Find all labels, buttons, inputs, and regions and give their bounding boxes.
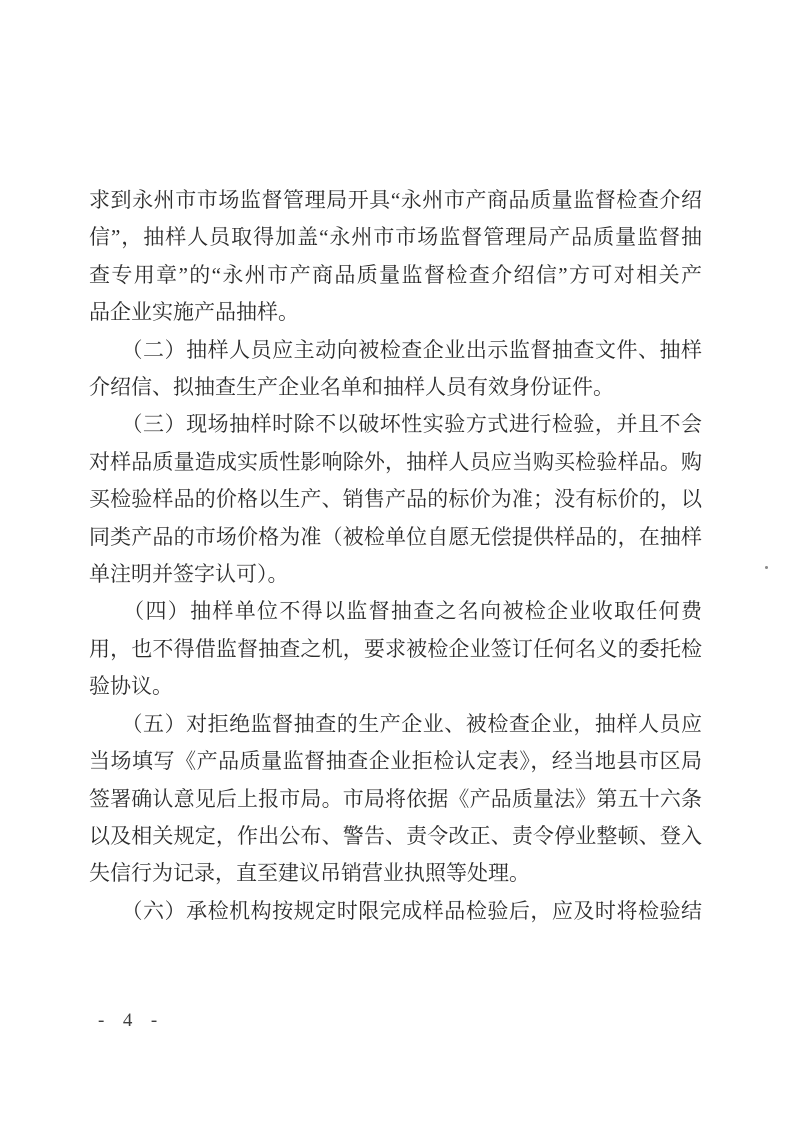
paragraph-continuation: 求到永州市市场监督管理局开具“永州市产商品质量监督检查介绍 信”，抽样人员取得加… <box>89 182 702 332</box>
text-line: 用，也不得借监督抽查之机，要求被检企业签订任何名义的委托检 <box>89 631 702 668</box>
text-line: 品企业实施产品抽样。 <box>89 294 702 331</box>
text-line: 签署确认意见后上报市局。市局将依据《产品质量法》第五十六条 <box>89 781 702 818</box>
text-line: 对样品质量造成实质性影响除外，抽样人员应当购买检验样品。购 <box>89 444 702 481</box>
paragraph-item-2: （二）抽样人员应主动向被检查企业出示监督抽查文件、抽样 介绍信、拟抽查生产企业名… <box>89 332 702 407</box>
text-line: 求到永州市市场监督管理局开具“永州市产商品质量监督检查介绍 <box>89 182 702 219</box>
text-line: （二）抽样人员应主动向被检查企业出示监督抽查文件、抽样 <box>89 332 702 369</box>
text-line: 失信行为记录，直至建议吊销营业执照等处理。 <box>89 855 702 892</box>
text-line: 当场填写《产品质量监督抽查企业拒检认定表》，经当地县市区局 <box>89 743 702 780</box>
paragraph-item-3: （三）现场抽样时除不以破坏性实验方式进行检验，并且不会 对样品质量造成实质性影响… <box>89 406 702 593</box>
scan-artifact-dot <box>765 566 768 569</box>
paragraph-item-6: （六）承检机构按规定时限完成样品检验后，应及时将检验结 <box>89 893 702 930</box>
text-line: 同类产品的市场价格为准（被检单位自愿无偿提供样品的，在抽样 <box>89 519 702 556</box>
paragraph-item-5: （五）对拒绝监督抽查的生产企业、被检查企业，抽样人员应 当场填写《产品质量监督抽… <box>89 706 702 893</box>
page-number: - 4 - <box>98 1010 160 1032</box>
text-line: 买检验样品的价格以生产、销售产品的标价为准；没有标价的，以 <box>89 481 702 518</box>
text-line: 单注明并签字认可）。 <box>89 556 702 593</box>
document-body: 求到永州市市场监督管理局开具“永州市产商品质量监督检查介绍 信”，抽样人员取得加… <box>89 182 702 930</box>
text-line: （三）现场抽样时除不以破坏性实验方式进行检验，并且不会 <box>89 406 702 443</box>
text-line: （四）抽样单位不得以监督抽查之名向被检企业收取任何费 <box>89 593 702 630</box>
text-line: 以及相关规定，作出公布、警告、责令改正、责令停业整顿、登入 <box>89 818 702 855</box>
text-line: 信”，抽样人员取得加盖“永州市市场监督管理局产品质量监督抽 <box>89 219 702 256</box>
text-line: 查专用章”的“永州市产商品质量监督检查介绍信”方可对相关产 <box>89 257 702 294</box>
document-page: 求到永州市市场监督管理局开具“永州市产商品质量监督检查介绍 信”，抽样人员取得加… <box>0 0 792 1122</box>
text-line: 验协议。 <box>89 668 702 705</box>
text-line: （五）对拒绝监督抽查的生产企业、被检查企业，抽样人员应 <box>89 706 702 743</box>
text-line: 介绍信、拟抽查生产企业名单和抽样人员有效身份证件。 <box>89 369 702 406</box>
text-line: （六）承检机构按规定时限完成样品检验后，应及时将检验结 <box>89 893 702 930</box>
paragraph-item-4: （四）抽样单位不得以监督抽查之名向被检企业收取任何费 用，也不得借监督抽查之机，… <box>89 593 702 705</box>
